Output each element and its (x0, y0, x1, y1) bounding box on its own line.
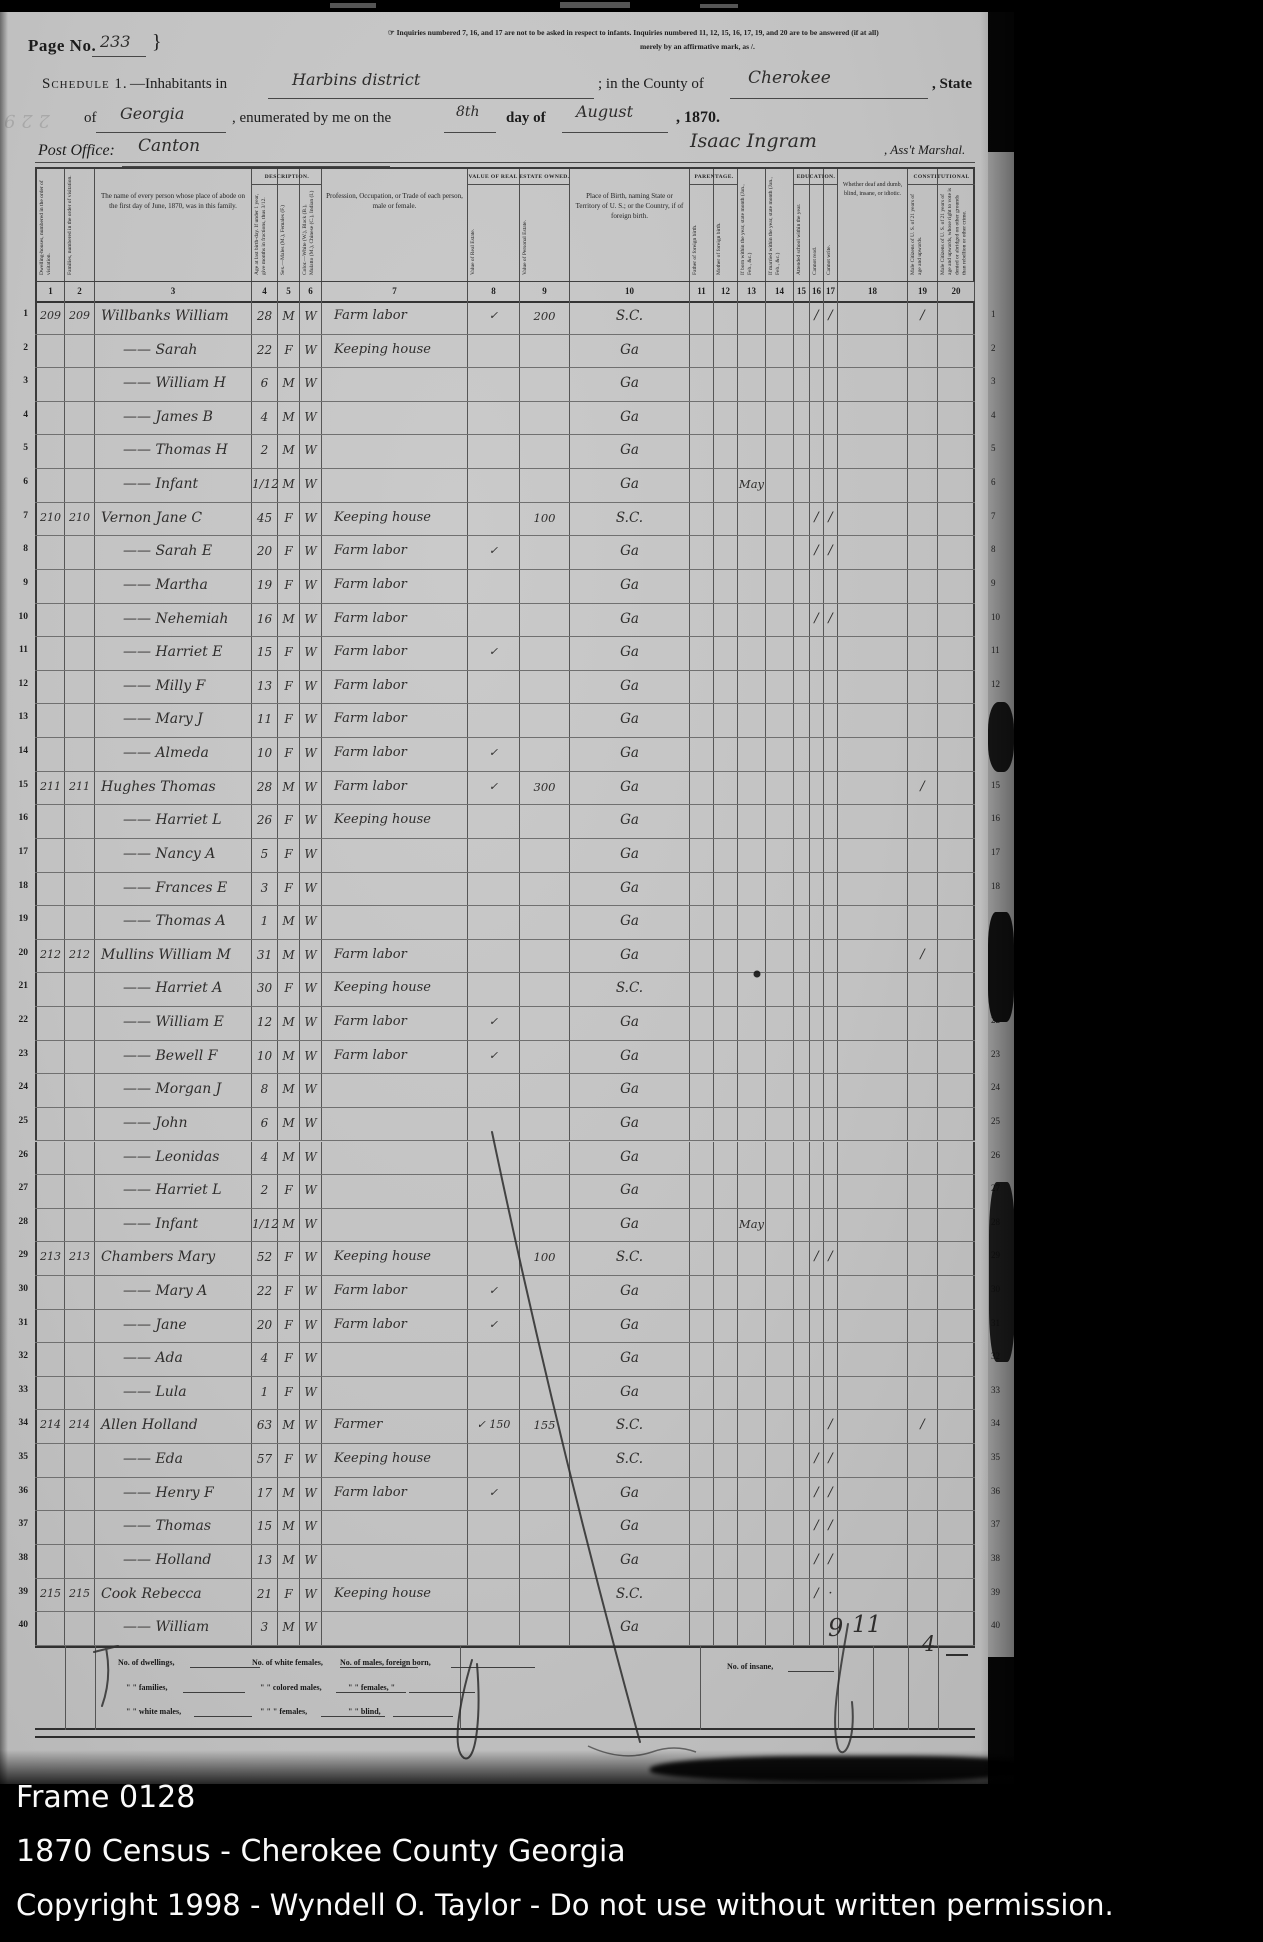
cell-dwelling-number (35, 604, 65, 637)
cell-male-citizen-21 (908, 973, 938, 1006)
cell-male-citizen-denied (938, 570, 975, 603)
marshal-signature: Isaac Ingram (690, 130, 817, 152)
cell-deaf-dumb-blind-insane (838, 1142, 908, 1175)
cell-occupation: Keeping house (322, 1444, 468, 1477)
cell-married-month (766, 301, 794, 334)
cell-family-number (65, 469, 95, 502)
cell-birth-month (738, 402, 766, 435)
cell-cannot-write (824, 873, 838, 906)
cell-deaf-dumb-blind-insane (838, 1579, 908, 1612)
cell-age: 2 (252, 435, 278, 468)
cell-color: W (300, 1579, 322, 1612)
blank-line (96, 132, 226, 133)
cell-person-name: —— Nancy A (95, 839, 252, 872)
cell-birth-month (738, 940, 766, 973)
footer-label-insane: No. of insane, (727, 1662, 773, 1671)
cell-age: 2 (252, 1175, 278, 1208)
cell-birth-month (738, 503, 766, 536)
cell-cannot-read (810, 1209, 824, 1242)
cell-male-citizen-denied (938, 1377, 975, 1410)
cell-real-estate-value: ✓ (468, 637, 520, 670)
cell-male-citizen-21 (908, 1108, 938, 1141)
row-number-left: 30 (6, 1284, 28, 1294)
cell-birthplace: Ga (570, 1545, 690, 1578)
header-label: Father of foreign birth. (692, 187, 711, 275)
cell-birth-month (738, 1074, 766, 1107)
column-number: 7 (322, 282, 468, 301)
group-header: Education. (794, 169, 838, 185)
table-row: 209209Willbanks William28MWFarm labor✓20… (35, 301, 975, 335)
row-number-right: 26 (991, 1150, 1011, 1160)
header-label: Place of Birth, naming State or Territor… (571, 191, 688, 221)
column-number: 4 (252, 282, 278, 301)
cell-father-foreign-birth (690, 704, 714, 737)
cell-personal-estate-value (520, 402, 570, 435)
cell-dwelling-number (35, 1007, 65, 1040)
footer-tally-label: " " females, " (348, 1683, 395, 1692)
header-label: Value of Real Estate. (470, 187, 517, 275)
cell-sex: F (278, 1377, 300, 1410)
cell-cannot-read (810, 1410, 824, 1443)
cell-birthplace: Ga (570, 1343, 690, 1376)
cell-cannot-read (810, 671, 824, 704)
cell-cannot-read (810, 1343, 824, 1376)
cell-cannot-read: / (810, 1545, 824, 1578)
cell-birth-month (738, 1579, 766, 1612)
table-row: —— Nehemiah16MWFarm laborGa// (35, 604, 975, 638)
schedule-text: —Inhabitants in (130, 76, 227, 93)
cell-married-month (766, 1142, 794, 1175)
cell-dwelling-number (35, 368, 65, 401)
cell-attended-school (794, 1343, 810, 1376)
cell-mother-foreign-birth (714, 1074, 738, 1107)
cell-father-foreign-birth (690, 906, 714, 939)
cell-attended-school (794, 839, 810, 872)
cell-family-number (65, 368, 95, 401)
cell-sex: M (278, 940, 300, 973)
cell-male-citizen-denied (938, 1175, 975, 1208)
cell-married-month (766, 1579, 794, 1612)
cell-married-month (766, 503, 794, 536)
cell-father-foreign-birth (690, 469, 714, 502)
cell-person-name: —— Holland (95, 1545, 252, 1578)
cell-mother-foreign-birth (714, 1175, 738, 1208)
cell-mother-foreign-birth (714, 1242, 738, 1275)
sum-cannot-write: 11 (852, 1612, 881, 1638)
cell-occupation (322, 368, 468, 401)
cell-attended-school (794, 503, 810, 536)
cell-male-citizen-denied (938, 503, 975, 536)
cell-birth-month (738, 973, 766, 1006)
cell-person-name: —— Eda (95, 1444, 252, 1477)
cell-mother-foreign-birth (714, 738, 738, 771)
film-blotch (989, 1182, 1014, 1362)
cell-real-estate-value (468, 940, 520, 973)
blank-line (730, 98, 928, 99)
cell-male-citizen-21 (908, 1175, 938, 1208)
cell-age: 15 (252, 637, 278, 670)
cell-male-citizen-21 (908, 469, 938, 502)
cell-real-estate-value (468, 973, 520, 1006)
row-number-left: 23 (6, 1049, 28, 1059)
footer-rule (838, 1646, 839, 1730)
header-col-18: Whether deaf and dumb, blind, insane, or… (838, 169, 908, 281)
cell-cannot-read (810, 1041, 824, 1074)
cell-birth-month (738, 570, 766, 603)
table-row: —— James B4MWGa (35, 402, 975, 436)
cell-male-citizen-21 (908, 1041, 938, 1074)
cell-family-number (65, 1612, 95, 1645)
cell-birth-month (738, 1612, 766, 1645)
cell-age: 4 (252, 1142, 278, 1175)
cell-birthplace: S.C. (570, 1579, 690, 1612)
cell-mother-foreign-birth (714, 435, 738, 468)
cell-family-number (65, 704, 95, 737)
row-number-left: 21 (6, 981, 28, 991)
cell-age: 20 (252, 1310, 278, 1343)
cell-cannot-write (824, 402, 838, 435)
cell-color: W (300, 873, 322, 906)
cell-cannot-write (824, 1175, 838, 1208)
cell-male-citizen-denied (938, 671, 975, 704)
cell-birth-month (738, 1142, 766, 1175)
cell-married-month (766, 604, 794, 637)
cell-color: W (300, 402, 322, 435)
header-col-12: Mother of foreign birth. (714, 169, 738, 281)
cell-sex: M (278, 1007, 300, 1040)
instructions-line-2: merely by an affirmative mark, as /. (640, 42, 755, 51)
row-number-right: 7 (991, 511, 1011, 521)
cell-mother-foreign-birth (714, 1612, 738, 1645)
cell-deaf-dumb-blind-insane (838, 1074, 908, 1107)
cell-occupation: Farm labor (322, 1478, 468, 1511)
cell-family-number: 215 (65, 1579, 95, 1612)
table-row: —— Harriet A30FWKeeping houseS.C. (35, 973, 975, 1007)
cell-person-name: —— Almeda (95, 738, 252, 771)
cell-deaf-dumb-blind-insane (838, 1276, 908, 1309)
cell-father-foreign-birth (690, 503, 714, 536)
cell-cannot-read: / (810, 1444, 824, 1477)
cell-family-number (65, 973, 95, 1006)
cell-male-citizen-21 (908, 435, 938, 468)
cell-personal-estate-value (520, 1511, 570, 1544)
cell-personal-estate-value: 300 (520, 772, 570, 805)
group-header: Parentage. (690, 169, 738, 185)
cell-married-month (766, 906, 794, 939)
cell-person-name: —— Sarah (95, 335, 252, 368)
footer-bottom-line (35, 1736, 975, 1738)
cell-cannot-write (824, 1276, 838, 1309)
cell-age: 6 (252, 368, 278, 401)
cell-real-estate-value (468, 1579, 520, 1612)
cell-married-month (766, 1444, 794, 1477)
column-number-row: 1234567891011121314151617181920 (35, 281, 975, 303)
cell-cannot-write: / (824, 1242, 838, 1275)
header-col-8: Value of Real Estate. (468, 169, 520, 281)
cell-age: 20 (252, 536, 278, 569)
cell-deaf-dumb-blind-insane (838, 1242, 908, 1275)
cell-color: W (300, 301, 322, 334)
cell-deaf-dumb-blind-insane (838, 772, 908, 805)
cell-real-estate-value (468, 604, 520, 637)
cell-person-name: Allen Holland (95, 1410, 252, 1443)
cell-father-foreign-birth (690, 1209, 714, 1242)
cell-family-number (65, 435, 95, 468)
cell-birth-month (738, 368, 766, 401)
cell-color: W (300, 940, 322, 973)
cell-person-name: —— William E (95, 1007, 252, 1040)
cell-family-number: 214 (65, 1410, 95, 1443)
cell-family-number (65, 1377, 95, 1410)
cell-occupation (322, 1612, 468, 1645)
cell-male-citizen-21 (908, 1209, 938, 1242)
table-row: 211211Hughes Thomas28MWFarm labor✓300Ga/ (35, 772, 975, 806)
cell-color: W (300, 1511, 322, 1544)
cell-married-month (766, 704, 794, 737)
cell-sex: M (278, 368, 300, 401)
row-number-left: 39 (6, 1587, 28, 1597)
column-number: 10 (570, 282, 690, 301)
row-number-right: 16 (991, 813, 1011, 823)
cell-age: 12 (252, 1007, 278, 1040)
table-row: —— John6MWGa (35, 1108, 975, 1142)
cell-birthplace: Ga (570, 805, 690, 838)
cell-father-foreign-birth (690, 1478, 714, 1511)
cell-father-foreign-birth (690, 1142, 714, 1175)
footer-rule (95, 1646, 96, 1730)
cell-age: 28 (252, 301, 278, 334)
cell-real-estate-value (468, 1612, 520, 1645)
cell-cannot-write (824, 1142, 838, 1175)
cell-family-number (65, 1074, 95, 1107)
cell-family-number (65, 335, 95, 368)
header-label: Families, numbered in the order of visit… (67, 173, 92, 275)
cell-attended-school (794, 1579, 810, 1612)
caption-copyright: Copyright 1998 - Wyndell O. Taylor - Do … (16, 1888, 1114, 1922)
cell-color: W (300, 1444, 322, 1477)
cell-mother-foreign-birth (714, 1444, 738, 1477)
table-row: 214214Allen Holland63MWFarmer✓ 150155S.C… (35, 1410, 975, 1444)
cell-real-estate-value (468, 570, 520, 603)
row-number-right: 5 (991, 443, 1011, 453)
cell-cannot-write (824, 1108, 838, 1141)
cell-attended-school (794, 1276, 810, 1309)
cell-occupation (322, 1175, 468, 1208)
cell-male-citizen-21: / (908, 772, 938, 805)
cell-mother-foreign-birth (714, 1511, 738, 1544)
footer-rule (873, 1646, 874, 1730)
cell-birth-month (738, 1444, 766, 1477)
cell-married-month (766, 873, 794, 906)
cell-birth-month (738, 1410, 766, 1443)
cell-male-citizen-denied (938, 1074, 975, 1107)
table-row: —— Milly F13FWFarm laborGa (35, 671, 975, 705)
cell-attended-school (794, 973, 810, 1006)
cell-mother-foreign-birth (714, 1410, 738, 1443)
header-col-4: Age at last birth-day. If under 1 year, … (252, 169, 278, 281)
cell-color: W (300, 1209, 322, 1242)
cell-mother-foreign-birth (714, 1108, 738, 1141)
cell-deaf-dumb-blind-insane (838, 1007, 908, 1040)
cell-real-estate-value: ✓ (468, 536, 520, 569)
cell-male-citizen-21 (908, 570, 938, 603)
cell-attended-school (794, 1007, 810, 1040)
cell-family-number (65, 873, 95, 906)
sum-cannot-read: 9 (828, 1614, 843, 1642)
cell-birthplace: Ga (570, 368, 690, 401)
cell-deaf-dumb-blind-insane (838, 570, 908, 603)
cell-male-citizen-denied (938, 1579, 975, 1612)
cell-deaf-dumb-blind-insane (838, 1511, 908, 1544)
cell-attended-school (794, 570, 810, 603)
cell-male-citizen-denied (938, 435, 975, 468)
footer-box (35, 1646, 975, 1730)
cell-married-month (766, 435, 794, 468)
cell-real-estate-value: ✓ (468, 772, 520, 805)
cell-sex: M (278, 1545, 300, 1578)
row-number-left: 17 (6, 847, 28, 857)
cell-age: 22 (252, 1276, 278, 1309)
cell-married-month (766, 335, 794, 368)
cell-color: W (300, 738, 322, 771)
cell-male-citizen-denied (938, 1142, 975, 1175)
cell-birth-month (738, 1276, 766, 1309)
cell-family-number (65, 1276, 95, 1309)
cell-attended-school (794, 402, 810, 435)
cell-real-estate-value (468, 335, 520, 368)
cell-father-foreign-birth (690, 301, 714, 334)
cell-sex: M (278, 301, 300, 334)
cell-birth-month (738, 873, 766, 906)
cell-cannot-read: / (810, 301, 824, 334)
cell-personal-estate-value (520, 1074, 570, 1107)
column-number: 17 (824, 282, 838, 301)
cell-sex: F (278, 536, 300, 569)
cell-male-citizen-denied (938, 637, 975, 670)
cell-father-foreign-birth (690, 940, 714, 973)
cell-age: 13 (252, 671, 278, 704)
cell-dwelling-number (35, 1175, 65, 1208)
cell-father-foreign-birth (690, 805, 714, 838)
cell-married-month (766, 973, 794, 1006)
cell-dwelling-number (35, 973, 65, 1006)
cell-sex: F (278, 503, 300, 536)
row-number-left: 40 (6, 1620, 28, 1630)
cell-cannot-read (810, 1175, 824, 1208)
cell-personal-estate-value (520, 906, 570, 939)
row-number-right: 11 (991, 645, 1011, 655)
cell-birthplace: Ga (570, 839, 690, 872)
column-number: 13 (738, 282, 766, 301)
cell-cannot-write (824, 704, 838, 737)
cell-age: 3 (252, 873, 278, 906)
cell-cannot-write (824, 671, 838, 704)
cell-personal-estate-value (520, 1142, 570, 1175)
cell-birthplace: Ga (570, 1478, 690, 1511)
cell-married-month (766, 536, 794, 569)
cell-dwelling-number (35, 839, 65, 872)
row-number-right: 2 (991, 343, 1011, 353)
cell-mother-foreign-birth (714, 368, 738, 401)
cell-sex: M (278, 469, 300, 502)
cell-real-estate-value: ✓ (468, 738, 520, 771)
cell-cannot-write (824, 1343, 838, 1376)
row-number-right: 12 (991, 679, 1011, 689)
cell-father-foreign-birth (690, 1377, 714, 1410)
cell-male-citizen-denied (938, 536, 975, 569)
footer-tally-label: No. of white females, (252, 1658, 323, 1667)
cell-father-foreign-birth (690, 1579, 714, 1612)
cell-birth-month (738, 301, 766, 334)
cell-occupation (322, 906, 468, 939)
cell-occupation: Keeping house (322, 335, 468, 368)
cell-real-estate-value (468, 1175, 520, 1208)
cell-family-number (65, 570, 95, 603)
table-row: —— Martha19FWFarm laborGa (35, 570, 975, 604)
row-number-left: 1 (6, 309, 28, 319)
row-number-right: 24 (991, 1082, 1011, 1092)
caption-frame-number: Frame 0128 (16, 1780, 195, 1815)
cell-sex: F (278, 570, 300, 603)
table-row: 215215Cook Rebecca21FWKeeping houseS.C./… (35, 1579, 975, 1613)
row-number-right: 4 (991, 410, 1011, 420)
cell-occupation: Farmer (322, 1410, 468, 1443)
cell-color: W (300, 1343, 322, 1376)
cell-father-foreign-birth (690, 839, 714, 872)
cell-color: W (300, 1612, 322, 1645)
column-number: 1 (35, 282, 65, 301)
header-label: If married within the year, state month … (768, 173, 791, 275)
cell-father-foreign-birth (690, 1410, 714, 1443)
cell-cannot-write (824, 839, 838, 872)
cell-sex: F (278, 671, 300, 704)
cell-cannot-read (810, 940, 824, 973)
cell-real-estate-value (468, 906, 520, 939)
cell-deaf-dumb-blind-insane (838, 704, 908, 737)
cell-sex: M (278, 1410, 300, 1443)
table-row: —— Almeda10FWFarm labor✓Ga (35, 738, 975, 772)
cell-dwelling-number (35, 1108, 65, 1141)
district-value: Harbins district (292, 70, 420, 89)
cell-occupation: Farm labor (322, 738, 468, 771)
row-number-left: 26 (6, 1150, 28, 1160)
cell-birthplace: Ga (570, 469, 690, 502)
cell-male-citizen-denied (938, 1242, 975, 1275)
cell-male-citizen-21 (908, 503, 938, 536)
cell-deaf-dumb-blind-insane (838, 839, 908, 872)
cell-deaf-dumb-blind-insane (838, 368, 908, 401)
cell-person-name: Chambers Mary (95, 1242, 252, 1275)
row-number-right: 6 (991, 477, 1011, 487)
table-row: —— Infant1/12MWGaMay (35, 1209, 975, 1243)
cell-cannot-write: / (824, 301, 838, 334)
cell-deaf-dumb-blind-insane (838, 503, 908, 536)
cell-personal-estate-value (520, 368, 570, 401)
cell-personal-estate-value: 100 (520, 1242, 570, 1275)
cell-real-estate-value (468, 839, 520, 872)
cell-mother-foreign-birth (714, 1343, 738, 1376)
cell-male-citizen-21 (908, 805, 938, 838)
cell-personal-estate-value (520, 604, 570, 637)
cell-attended-school (794, 1511, 810, 1544)
cell-mother-foreign-birth (714, 1545, 738, 1578)
cell-birth-month (738, 1545, 766, 1578)
cell-real-estate-value (468, 1209, 520, 1242)
cell-married-month (766, 1074, 794, 1107)
cell-age: 1/12 (252, 1209, 278, 1242)
footer-blank-line (183, 1692, 245, 1693)
header-label: Sex.—Males (M.), Females (F.) (280, 187, 297, 275)
